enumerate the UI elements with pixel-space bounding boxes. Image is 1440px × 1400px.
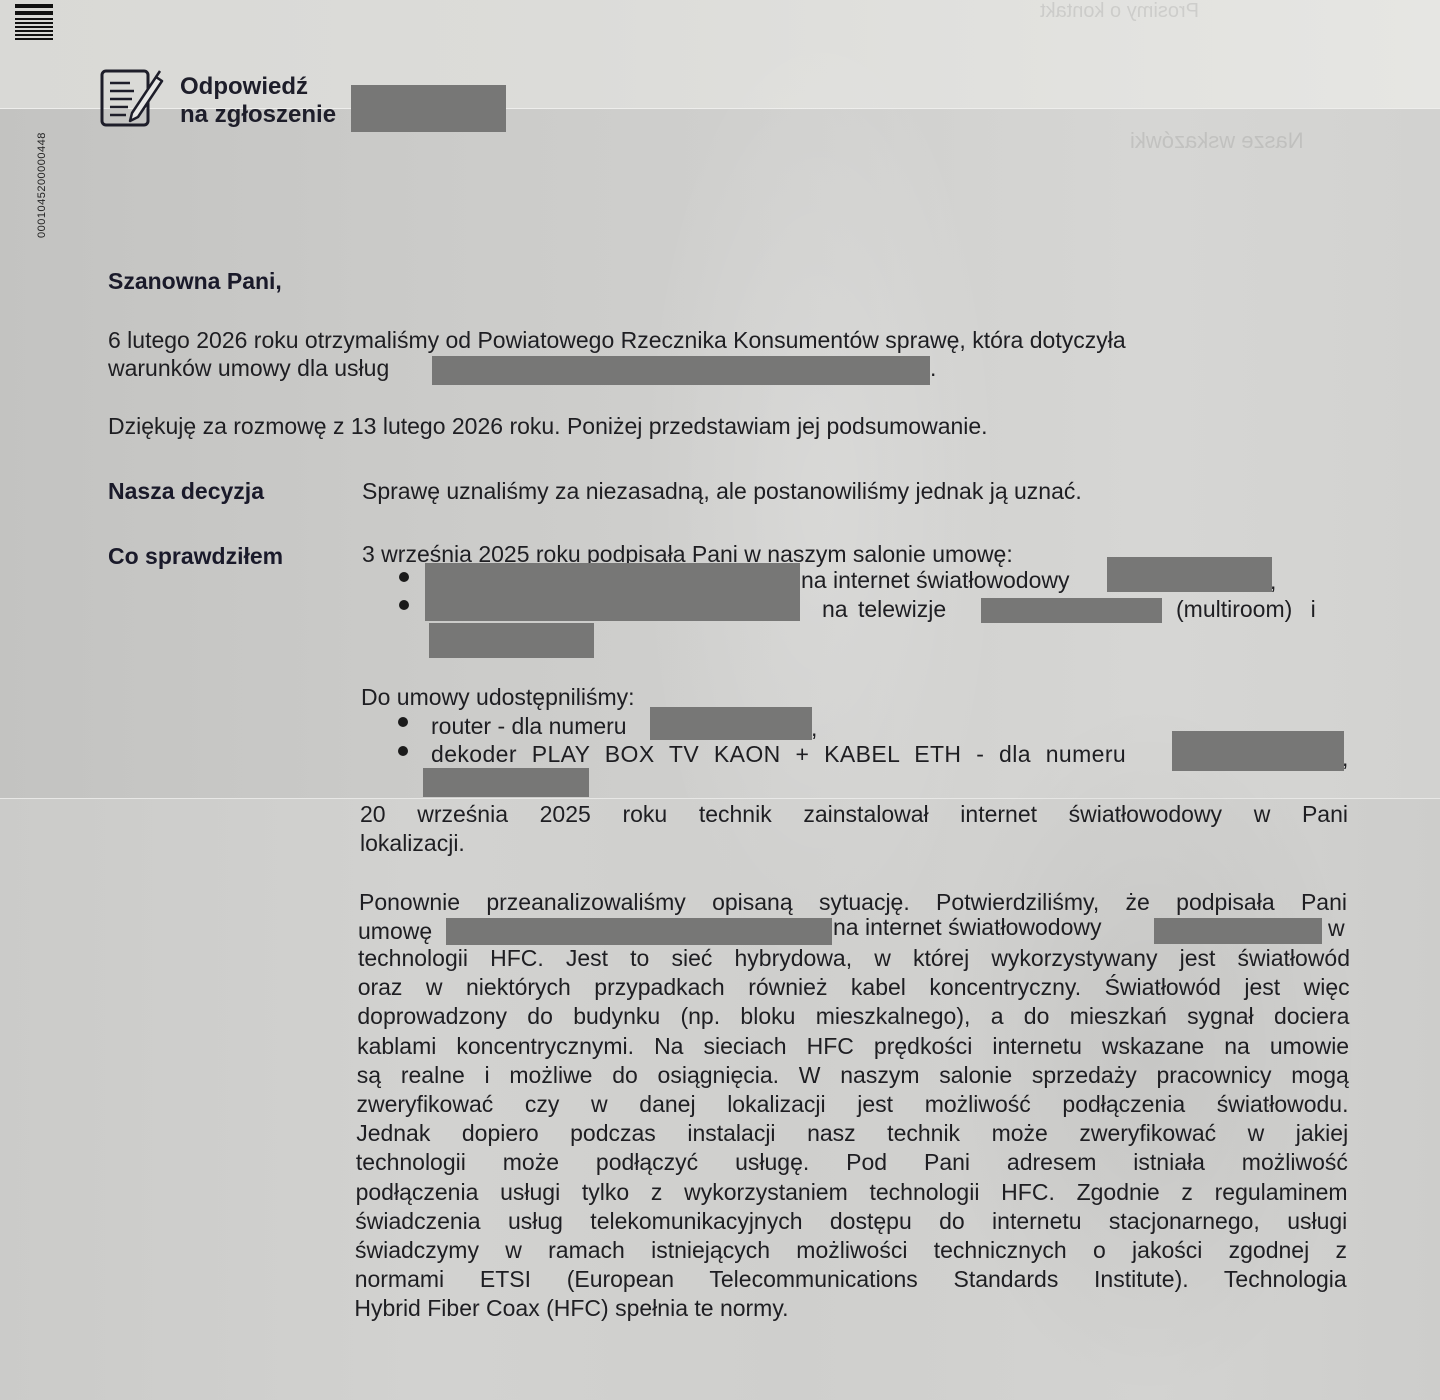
bullet-icon [398,717,408,727]
greeting: Szanowna Pani, [108,267,282,295]
provided-router: router - dla numeru [431,712,627,740]
paper-panel-middle [0,108,1440,801]
redacted-service [432,356,930,385]
bullet-icon [399,572,409,582]
redacted-contract-ids [425,563,800,621]
intro-line-1: 6 lutego 2026 roku otrzymaliśmy od Powia… [108,326,1126,354]
document-code: 0001045200000448 [36,132,48,238]
contract-tv: na telewizje [822,595,946,623]
provided-decoder: dekoder PLAY BOX TV KAON + KABEL ETH - d… [431,740,1126,768]
analysis-line-1: Ponownie przeanalizowaliśmy opisaną sytu… [359,888,1347,916]
install-line-2: lokalizacji. [360,829,465,857]
bullet-icon [398,746,408,756]
install-line-1: 20 września 2025 roku technik zainstalow… [360,800,1348,828]
contract-internet: na internet światłowodowy [801,566,1069,594]
analysis-line: świadczenia usług telekomunikacyjnych do… [355,1207,1347,1235]
show-through-text: Nasze wskazówki [1130,128,1304,154]
contract-tv-suffix: (multiroom) i [1176,595,1316,623]
provided-router-suffix: , [811,714,817,742]
decision-text: Sprawę uznaliśmy za niezasadną, ale post… [362,477,1082,505]
redacted-plan-name [1154,918,1322,944]
analysis-line: technologii HFC. Jest to sieć hybrydowa,… [358,944,1350,972]
intro-line-2: warunków umowy dla usług [108,354,389,382]
analysis-line: technologii może podłączyć usługę. Pod P… [356,1148,1348,1176]
contract-internet-suffix: , [1270,567,1276,595]
intro-line-2-end: . [930,354,936,382]
provided-intro: Do umowy udostępniliśmy: [361,683,635,711]
redacted-tv-extra [429,623,594,658]
document-pen-icon [100,67,166,129]
redacted-case-number [351,85,506,132]
analysis-line-2b: na internet światłowodowy [833,913,1101,941]
page-title: Odpowiedź na zgłoszenie [180,73,336,129]
analysis-line: podłączenia usługi tylko z wykorzystanie… [356,1178,1348,1206]
analysis-line: normami ETSI (European Telecommunication… [355,1265,1347,1293]
redacted-plan [1107,557,1272,592]
analysis-line: Jednak dopiero podczas instalacji nasz t… [356,1119,1348,1147]
analysis-line-2c: w [1328,914,1345,942]
provided-decoder-suffix: , [1342,744,1348,772]
analysis-line: doprowadzony do budynku (np. bloku miesz… [357,1002,1349,1030]
checked-label: Co sprawdziłem [108,542,283,570]
analysis-line: oraz w niektórych przypadkach również ka… [358,973,1350,1001]
analysis-line: Hybrid Fiber Coax (HFC) spełnia te normy… [354,1294,788,1322]
title-line-1: Odpowiedź [180,73,336,101]
analysis-line-2a: umowę [358,917,432,945]
redacted-router-number [650,707,812,740]
analysis-line: zweryfikować czy w danej lokalizacji jes… [357,1090,1349,1118]
title-line-2: na zgłoszenie [180,101,336,129]
redacted-tv-plan [981,598,1162,623]
redacted-decoder-number [1172,731,1344,771]
redacted-decoder-extra [423,768,589,797]
thanks-paragraph: Dziękuję za rozmowę z 13 lutego 2026 rok… [108,412,988,440]
redacted-contract-id [446,918,832,945]
barcode-icon [15,4,53,42]
analysis-line: świadczymy w ramach istniejących możliwo… [355,1236,1347,1264]
decision-label: Nasza decyzja [108,477,264,505]
bullet-icon [399,600,409,610]
analysis-line: są realne i możliwe do osiągnięcia. W na… [357,1061,1349,1089]
show-through-text: Prosimy o kontakt [1040,0,1199,23]
analysis-line: kablami koncentrycznymi. Na sieciach HFC… [357,1032,1349,1060]
